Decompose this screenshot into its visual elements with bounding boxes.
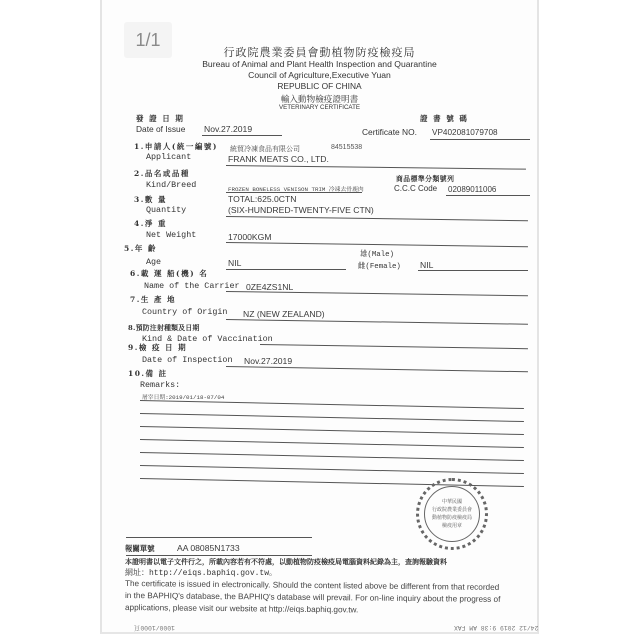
divider	[430, 139, 530, 140]
ccc-code-label-zh: 商品標準分類號列	[396, 173, 454, 183]
quantity-words: (SIX-HUNDRED-TWENTY-FIVE CTN)	[228, 205, 374, 215]
ccc-code-label: C.C.C Code	[394, 184, 437, 193]
divider	[446, 195, 530, 196]
date-of-issue-value: Nov.27.2019	[204, 124, 252, 134]
applicant-label-zh: 1.申請人(統一編號)	[134, 141, 218, 152]
quantity-label-zh: 3.數 量	[134, 194, 167, 205]
net-weight-label: Net Weight	[146, 230, 196, 240]
ccc-code-value: 02089011006	[448, 185, 496, 194]
certificate-number-label: Certificate NO.	[362, 127, 417, 137]
origin-label-zh: 7.生 產 地	[130, 294, 176, 305]
fax-page-stamp: 1000/1000頁	[134, 624, 175, 633]
vaccination-label-zh: 8.預防注射種類及日期	[128, 322, 200, 332]
divider	[226, 269, 346, 270]
net-weight-label-zh: 4.淨 重	[134, 218, 167, 229]
inspection-label: Date of Inspection	[142, 355, 232, 365]
country-title: REPUBLIC OF CHINA	[100, 81, 539, 91]
fax-header-stamp: 24/12 2019 9:38 AM FAX	[454, 624, 538, 631]
applicant-id-number: 84515538	[331, 144, 362, 151]
quantity-label: Quantity	[146, 205, 186, 215]
sex-value: NIL	[420, 260, 433, 270]
carrier-label: Name of the Carrier	[144, 281, 240, 291]
applicant-name: FRANK MEATS CO., LTD.	[228, 154, 329, 164]
divider	[202, 135, 282, 136]
certificate-number-label-zh: 證 書 號 碼	[420, 113, 468, 124]
document-title-en: VETERINARY CERTIFICATE	[100, 104, 539, 111]
origin-label: Country of Origin	[142, 307, 227, 317]
council-title: Council of Agriculture,Executive Yuan	[100, 70, 539, 80]
notice-url: 網址：http://eiqs.baphiq.gov.tw。	[125, 567, 277, 578]
age-label: Age	[146, 257, 161, 267]
carrier-label-zh: 6.載 運 船(機) 名	[130, 268, 208, 279]
divider	[126, 537, 312, 538]
quantity-total: TOTAL:625.0CTN	[228, 194, 296, 204]
seal-inner-ring: 中華民國 行政院農業委員會 動植物防疫檢疫局 檢疫用章	[424, 486, 480, 542]
official-seal: 中華民國 行政院農業委員會 動植物防疫檢疫局 檢疫用章	[416, 478, 488, 550]
divider	[226, 192, 362, 193]
date-of-issue-label-zh: 發 證 日 期	[136, 113, 184, 124]
certificate-number-value: VP402081079708	[432, 128, 498, 137]
notice-zh: 本證明書以電子文件行之，所載內容若有不符處，以動植物防疫檢疫局電腦資料紀錄為主，…	[125, 557, 447, 567]
inspection-label-zh: 9.檢 疫 日 期	[128, 342, 187, 353]
agency-title-zh: 行政院農業委員會動植物防疫檢疫局	[100, 44, 539, 60]
inspection-value: Nov.27.2019	[244, 356, 292, 366]
female-label: 雌(Female)	[358, 260, 401, 271]
divider	[418, 270, 528, 271]
applicant-name-zh: 統貿冷凍食品有限公司	[230, 144, 300, 154]
customs-declaration-label: 報關單號	[125, 543, 155, 554]
male-label: 雄(Male)	[360, 248, 394, 259]
kind-label-zh: 2.品名或品種	[134, 168, 190, 179]
age-label-zh: 5.年 齡	[124, 243, 157, 254]
remarks-label: Remarks:	[140, 380, 180, 390]
customs-declaration-number: AA 08085N1733	[177, 543, 240, 553]
document-viewer: 1/1 行政院農業委員會動植物防疫檢疫局 Bureau of Animal an…	[0, 0, 640, 640]
net-weight-value: 17000KGM	[228, 232, 271, 242]
age-value: NIL	[228, 258, 241, 268]
origin-value: NZ (NEW ZEALAND)	[243, 309, 325, 319]
kind-label: Kind/Breed	[146, 180, 196, 190]
divider	[126, 555, 312, 556]
agency-title-en: Bureau of Animal and Plant Health Inspec…	[100, 59, 539, 69]
applicant-label: Applicant	[146, 152, 191, 162]
seal-text: 中華民國 行政院農業委員會 動植物防疫檢疫局 檢疫用章	[432, 498, 472, 530]
remarks-label-zh: 10.備 註	[128, 368, 168, 379]
date-of-issue-label: Date of Issue	[136, 124, 185, 134]
